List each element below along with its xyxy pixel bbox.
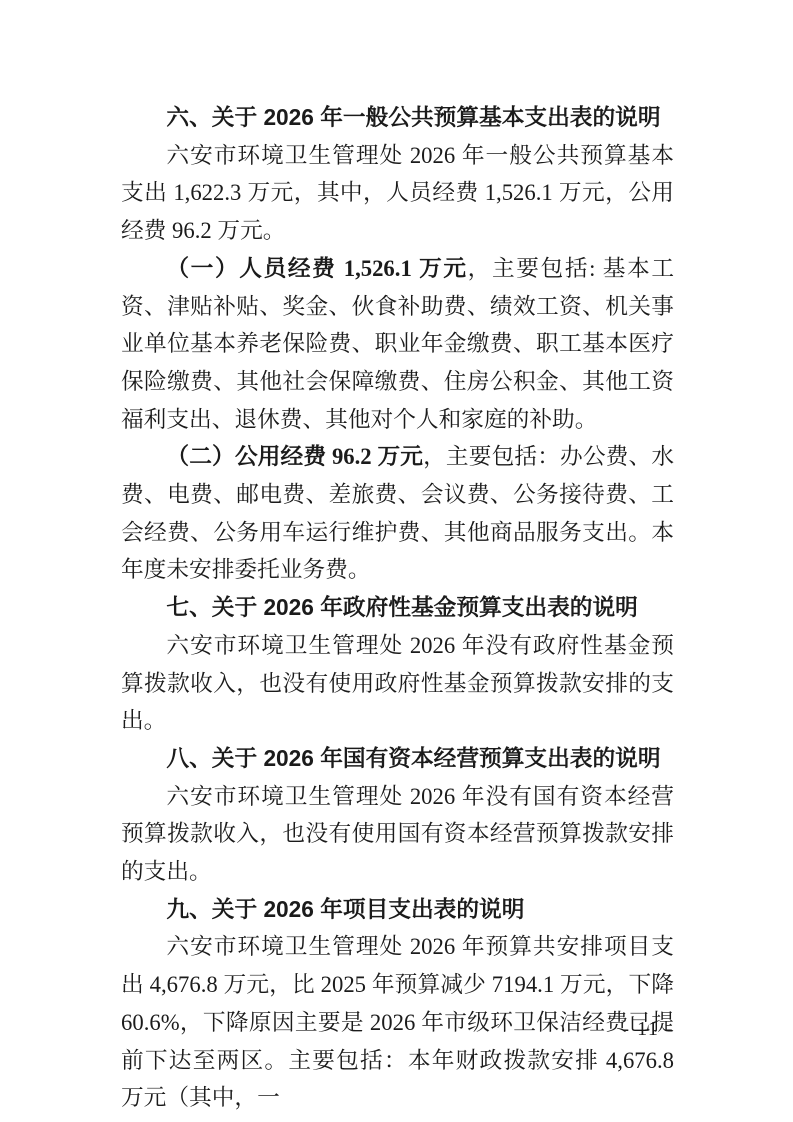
body-paragraph: 六安市环境卫生管理处 2026 年预算共安排项目支出 4,676.8 万元，比 …	[121, 928, 674, 1117]
document-body: 六、关于 2026 年一般公共预算基本支出表的说明六安市环境卫生管理处 2026…	[121, 99, 674, 1117]
text-run: ，主要包括: 基本工资、津贴补贴、奖金、伙食补助费、绩效工资、机关事业单位基本养…	[121, 256, 674, 432]
body-paragraph: 六安市环境卫生管理处 2026 年没有政府性基金预算拨款收入，也没有使用政府性基…	[121, 627, 674, 740]
section-heading: 七、关于 2026 年政府性基金预算支出表的说明	[121, 589, 674, 627]
emphasis-text-run: （二）公用经费 96.2 万元	[166, 444, 423, 469]
body-paragraph: 六安市环境卫生管理处 2026 年一般公共预算基本支出 1,622.3 万元，其…	[121, 137, 674, 250]
emphasis-text-run: 九、关于 2026 年项目支出表的说明	[166, 896, 524, 922]
emphasis-text-run: 七、关于 2026 年政府性基金预算支出表的说明	[166, 594, 637, 620]
section-heading: 六、关于 2026 年一般公共预算基本支出表的说明	[121, 99, 674, 137]
text-run: 六安市环境卫生管理处 2026 年预算共安排项目支出 4,676.8 万元，比 …	[121, 934, 674, 1110]
document-page: 六、关于 2026 年一般公共预算基本支出表的说明六安市环境卫生管理处 2026…	[0, 0, 793, 1122]
emphasis-text-run: （一）人员经费 1,526.1 万元	[166, 256, 467, 281]
section-heading: 九、关于 2026 年项目支出表的说明	[121, 891, 674, 929]
body-paragraph: （一）人员经费 1,526.1 万元，主要包括: 基本工资、津贴补贴、奖金、伙食…	[121, 250, 674, 439]
text-run: 六安市环境卫生管理处 2026 年没有政府性基金预算拨款收入，也没有使用政府性基…	[121, 633, 674, 733]
section-heading: 八、关于 2026 年国有资本经营预算支出表的说明	[121, 740, 674, 778]
text-run: 六安市环境卫生管理处 2026 年一般公共预算基本支出 1,622.3 万元，其…	[121, 143, 674, 243]
emphasis-text-run: 六、关于 2026 年一般公共预算基本支出表的说明	[166, 104, 660, 130]
body-paragraph: （二）公用经费 96.2 万元，主要包括：办公费、水费、电费、邮电费、差旅费、会…	[121, 438, 674, 589]
text-run: 六安市环境卫生管理处 2026 年没有国有资本经营预算拨款收入，也没有使用国有资…	[121, 784, 674, 884]
page-number: - 11 -	[622, 1018, 674, 1040]
body-paragraph: 六安市环境卫生管理处 2026 年没有国有资本经营预算拨款收入，也没有使用国有资…	[121, 778, 674, 891]
emphasis-text-run: 八、关于 2026 年国有资本经营预算支出表的说明	[166, 745, 660, 771]
